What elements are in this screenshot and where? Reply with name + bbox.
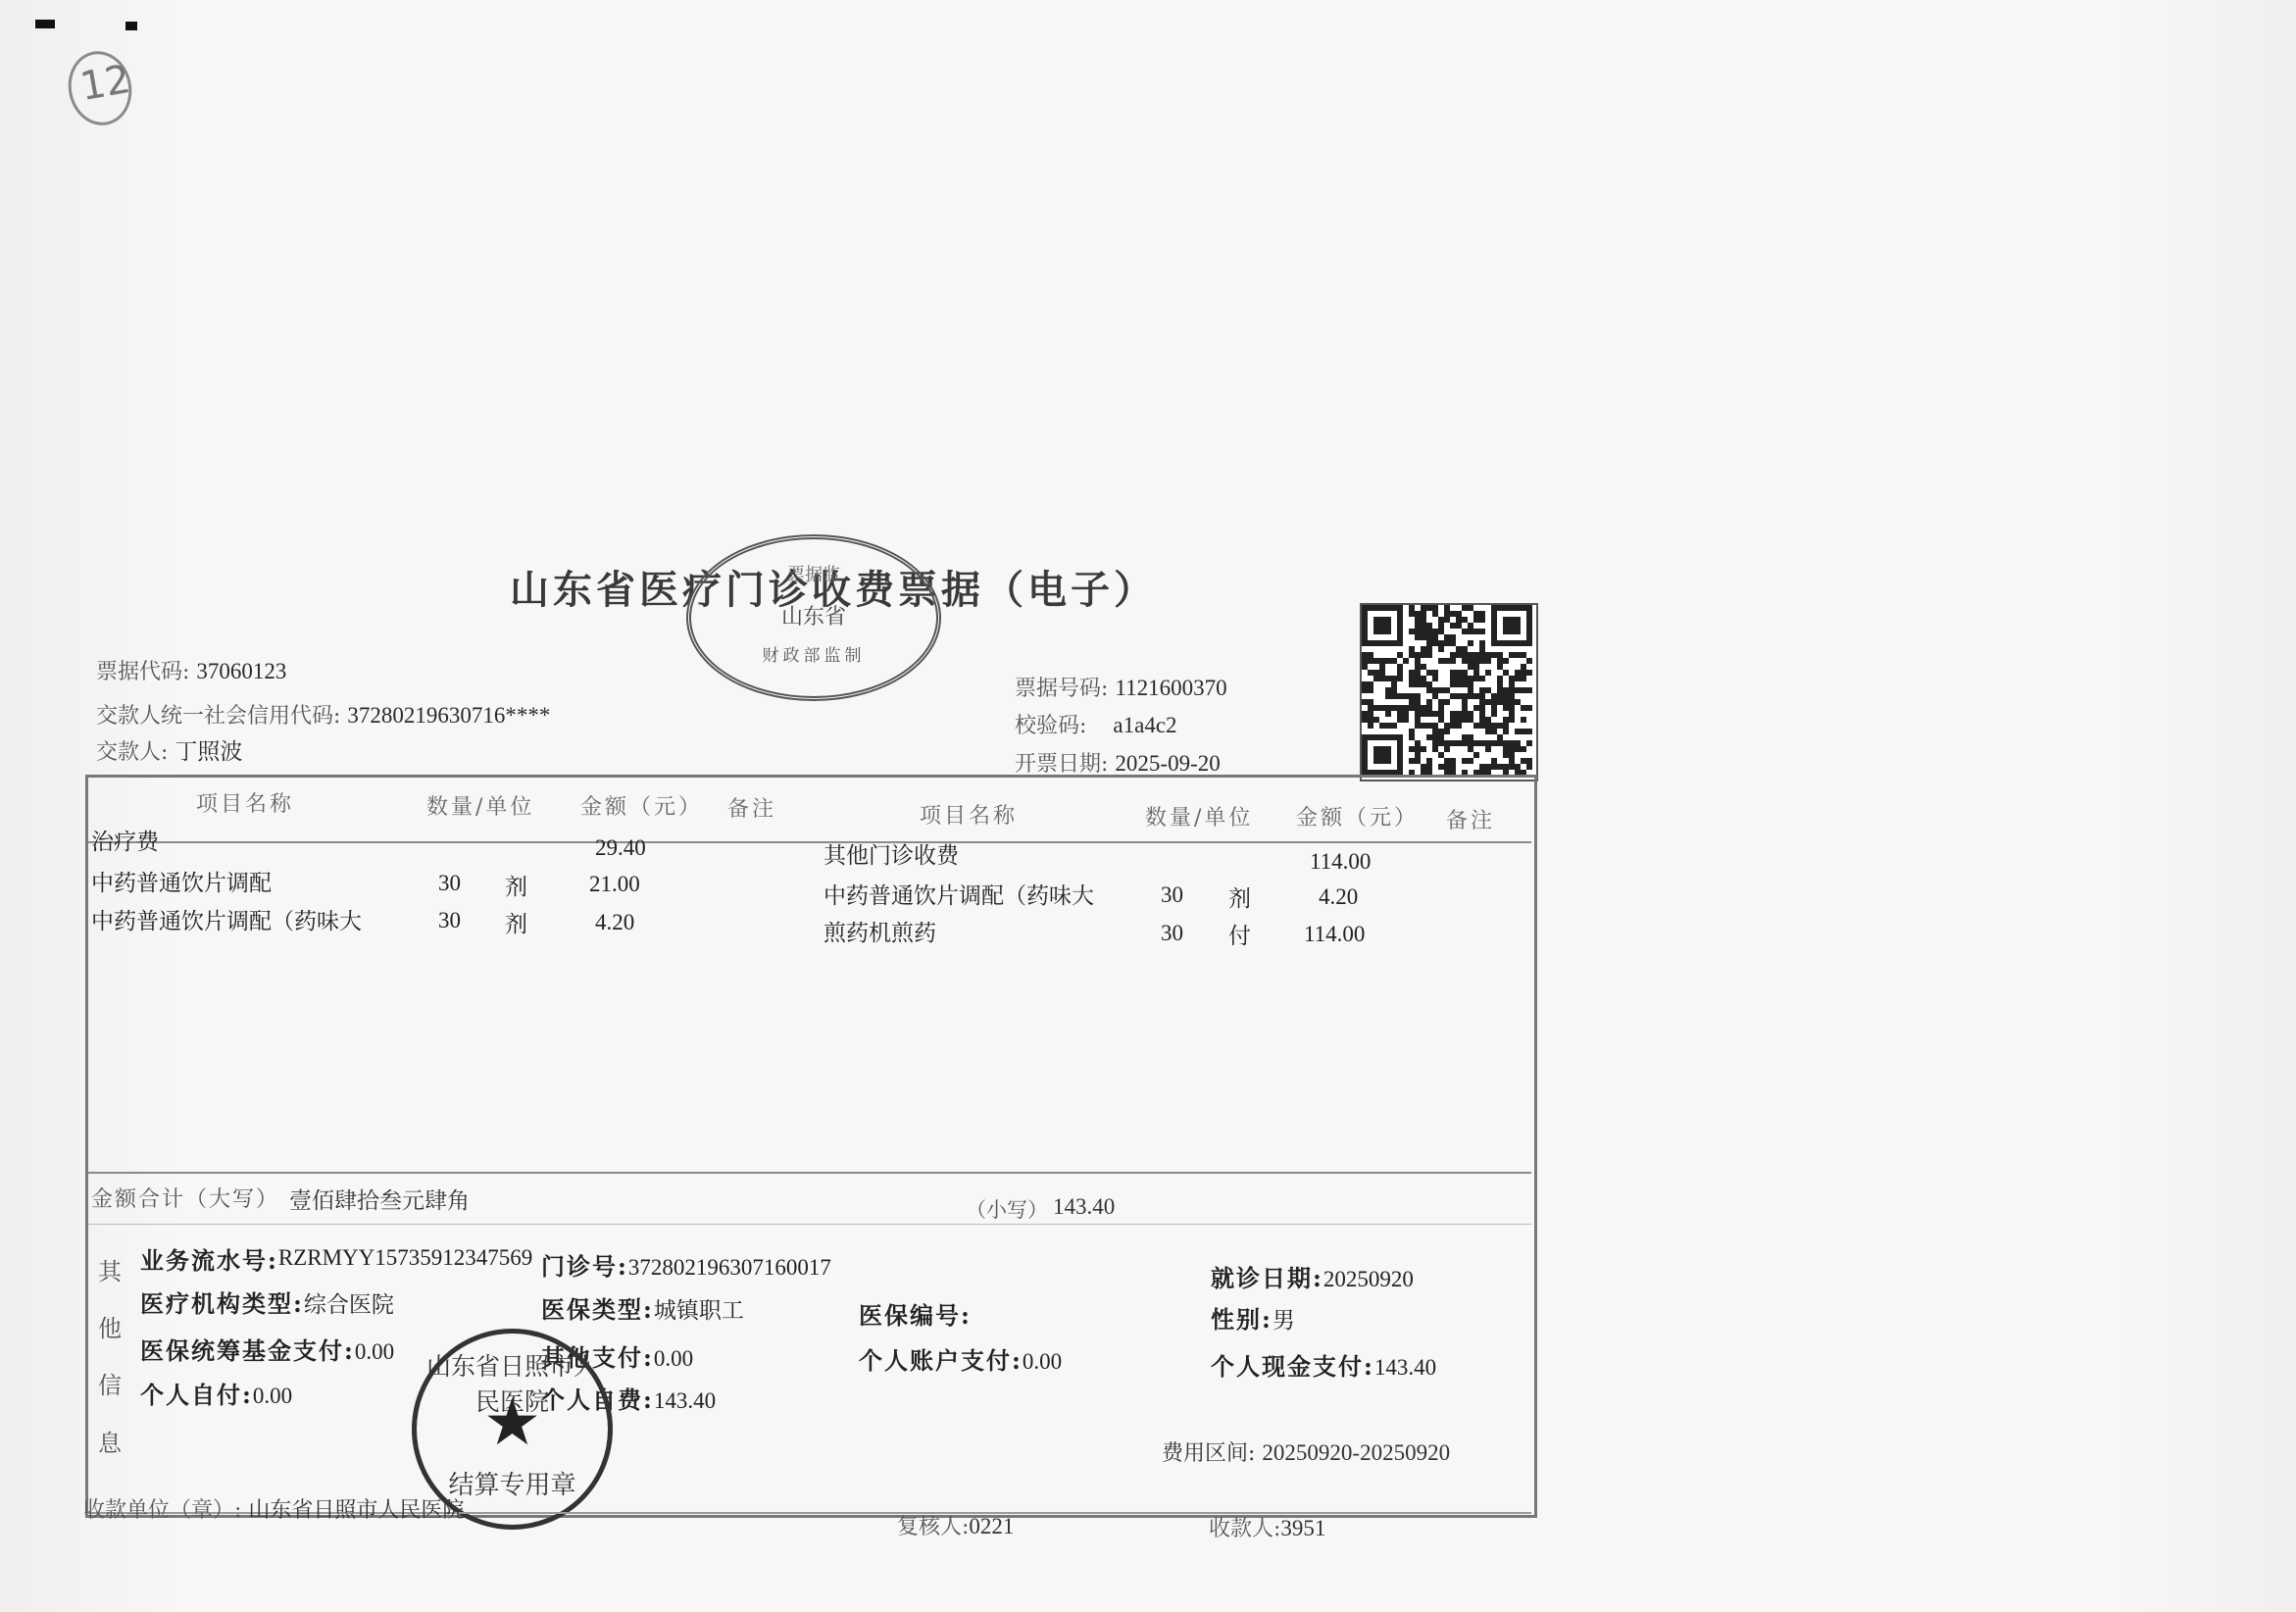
check-code-label: 校验码: <box>1015 714 1086 738</box>
scan-corner-mark <box>35 20 55 28</box>
payee-unit-value: 山东省日照市人民医院 <box>248 1498 464 1523</box>
payer-label: 交款人: <box>96 740 168 765</box>
finance-supervision-seal: 票据监 山东省 财政部监制 <box>686 534 941 701</box>
self-expense-value: 143.40 <box>654 1388 716 1413</box>
reviewer: 复核人:0221 <box>897 1510 1014 1540</box>
fee-period-label: 费用区间: <box>1162 1441 1255 1466</box>
total-lower-value: 143.40 <box>1053 1194 1115 1220</box>
item-unit: 剂 <box>505 869 527 901</box>
visit-date: 就诊日期:20250920 <box>1211 1259 1414 1293</box>
self-pay-label: 个人自付: <box>140 1381 253 1409</box>
bill-number-value: 1121600370 <box>1115 676 1226 700</box>
total-upper-label: 金额合计（大写） <box>91 1183 279 1213</box>
personal-account-label: 个人账户支付: <box>859 1346 1023 1375</box>
item-unit: 剂 <box>505 906 527 938</box>
item-amount: 21.00 <box>589 872 640 897</box>
fee-period-value: 20250920-20250920 <box>1262 1440 1450 1465</box>
item-amount: 4.20 <box>1319 884 1358 910</box>
personal-account-value: 0.00 <box>1023 1349 1062 1374</box>
items-bottom-divider <box>88 1172 1531 1174</box>
seal-line-1: 票据监 <box>691 561 936 586</box>
visit-date-value: 20250920 <box>1323 1267 1414 1291</box>
item-name: 治疗费 <box>91 824 159 856</box>
self-pay: 个人自付:0.00 <box>140 1376 292 1410</box>
payee-unit: 收款单位（章）: 山东省日照市人民医院 <box>83 1493 464 1524</box>
bill-number: 票据号码: 1121600370 <box>1015 672 1227 702</box>
col-header-note-right: 备注 <box>1446 804 1495 834</box>
gender-value: 男 <box>1273 1308 1295 1334</box>
handwritten-number: 12 <box>76 57 133 110</box>
outpatient-no-value: 372802196307160017 <box>628 1255 831 1280</box>
col-header-qty-unit-right: 数量/单位 <box>1145 801 1253 831</box>
col-header-note-left: 备注 <box>727 792 776 823</box>
other-info-char: 他 <box>98 1309 122 1343</box>
qr-code-icon <box>1360 603 1538 781</box>
insurance-type-label: 医保类型: <box>541 1295 654 1324</box>
star-icon: ★ <box>417 1385 608 1460</box>
payee-unit-label: 收款单位（章）: <box>83 1498 241 1523</box>
insurance-type: 医保类型:城镇职工 <box>541 1290 744 1325</box>
payee: 收款人:3951 <box>1209 1512 1325 1542</box>
item-unit: 付 <box>1228 918 1251 950</box>
other-payment-value: 0.00 <box>654 1346 693 1371</box>
business-serial-value: RZRMYY15735912347569 <box>278 1245 532 1270</box>
personal-cash-value: 143.40 <box>1374 1355 1436 1380</box>
other-info-char: 其 <box>98 1252 122 1286</box>
business-serial-label: 业务流水号: <box>140 1246 278 1275</box>
total-lower-label: （小写） <box>966 1194 1048 1224</box>
seal-line-3: 财政部监制 <box>691 641 936 666</box>
payer-credit-code-value: 37280219630716**** <box>347 703 550 728</box>
personal-cash: 个人现金支付:143.40 <box>1211 1347 1436 1382</box>
item-name: 中药普通饮片调配 <box>91 865 272 897</box>
col-header-amount-right: 金额（元） <box>1296 801 1419 831</box>
payee-value: 3951 <box>1280 1516 1325 1540</box>
payee-label: 收款人: <box>1209 1517 1280 1541</box>
col-header-item-name-right: 项目名称 <box>920 799 1018 830</box>
gender: 性别:男 <box>1211 1300 1295 1335</box>
self-pay-value: 0.00 <box>253 1384 292 1408</box>
outpatient-no-label: 门诊号: <box>541 1252 628 1281</box>
check-code-value: a1a4c2 <box>1113 713 1176 737</box>
item-amount: 114.00 <box>1310 849 1371 875</box>
institution-type: 医疗机构类型:综合医院 <box>140 1285 394 1319</box>
payer-credit-code: 交款人统一社会信用代码: 37280219630716**** <box>96 699 550 730</box>
item-qty: 30 <box>438 871 461 896</box>
fee-period: 费用区间: 20250920-20250920 <box>1162 1436 1450 1467</box>
reviewer-value: 0221 <box>969 1514 1014 1538</box>
pooled-fund: 医保统筹基金支付:0.00 <box>140 1332 394 1366</box>
payer-credit-code-label: 交款人统一社会信用代码: <box>96 704 340 729</box>
visit-date-label: 就诊日期: <box>1211 1264 1323 1292</box>
insurance-type-value: 城镇职工 <box>654 1298 744 1324</box>
item-qty: 30 <box>438 908 461 933</box>
item-amount: 29.40 <box>595 835 646 861</box>
bill-code-label: 票据代码: <box>96 660 189 684</box>
outpatient-no: 门诊号:372802196307160017 <box>541 1247 831 1282</box>
issue-date-label: 开票日期: <box>1015 752 1108 777</box>
item-qty: 30 <box>1161 882 1183 908</box>
other-info-char: 信 <box>98 1366 122 1400</box>
item-name: 中药普通饮片调配（药味大 <box>824 878 1094 910</box>
scan-corner-mark <box>125 22 137 30</box>
item-name: 中药普通饮片调配（药味大 <box>91 903 362 935</box>
other-info-char: 息 <box>98 1424 122 1458</box>
reviewer-label: 复核人: <box>897 1515 969 1539</box>
bill-code-value: 37060123 <box>196 659 286 683</box>
personal-account: 个人账户支付:0.00 <box>859 1341 1062 1376</box>
personal-cash-label: 个人现金支付: <box>1211 1352 1374 1381</box>
item-name: 其他门诊收费 <box>824 837 959 870</box>
col-header-item-name-left: 项目名称 <box>196 787 294 818</box>
table-header-divider <box>88 841 1531 843</box>
total-bottom-divider <box>88 1224 1531 1225</box>
pooled-fund-label: 医保统筹基金支付: <box>140 1336 355 1365</box>
business-serial: 业务流水号:RZRMYY15735912347569 <box>140 1241 532 1276</box>
bill-code: 票据代码: 37060123 <box>96 655 286 685</box>
bill-number-label: 票据号码: <box>1015 677 1108 701</box>
item-name: 煎药机煎药 <box>824 915 936 947</box>
gender-label: 性别: <box>1211 1305 1273 1334</box>
payer: 交款人: 丁照波 <box>96 733 242 766</box>
col-header-amount-left: 金额（元） <box>580 790 703 821</box>
qr-code-graphic <box>1362 605 1532 776</box>
payer-value: 丁照波 <box>175 739 242 764</box>
institution-type-value: 综合医院 <box>304 1292 394 1318</box>
institution-type-label: 医疗机构类型: <box>140 1289 304 1318</box>
item-amount: 114.00 <box>1304 922 1365 947</box>
col-header-qty-unit-left: 数量/单位 <box>426 790 534 821</box>
issue-date-value: 2025-09-20 <box>1115 751 1220 776</box>
item-amount: 4.20 <box>595 910 634 935</box>
pooled-fund-value: 0.00 <box>355 1339 394 1364</box>
check-code: 校验码: a1a4c2 <box>1015 709 1177 739</box>
total-upper-value: 壹佰肆拾叁元肆角 <box>289 1183 470 1215</box>
item-qty: 30 <box>1161 921 1183 946</box>
seal-line-2: 山东省 <box>691 600 936 630</box>
insurance-no-label: 医保编号: <box>859 1301 972 1330</box>
item-unit: 剂 <box>1228 881 1251 913</box>
issue-date: 开票日期: 2025-09-20 <box>1015 747 1221 778</box>
insurance-no: 医保编号: <box>859 1296 972 1331</box>
